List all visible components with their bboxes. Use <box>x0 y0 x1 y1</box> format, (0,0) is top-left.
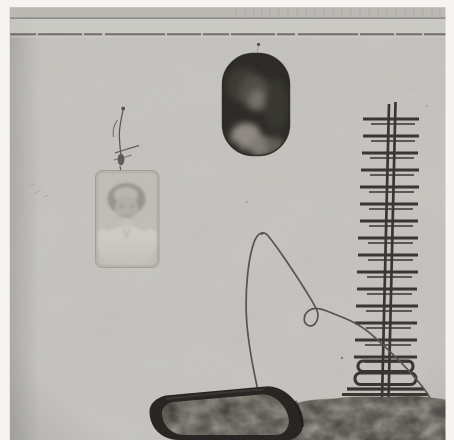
border-top <box>0 0 454 7</box>
photograph <box>0 0 454 440</box>
film-grain <box>10 7 446 440</box>
border-left <box>0 0 10 440</box>
photo-frame <box>0 0 454 440</box>
border-right <box>446 0 454 440</box>
